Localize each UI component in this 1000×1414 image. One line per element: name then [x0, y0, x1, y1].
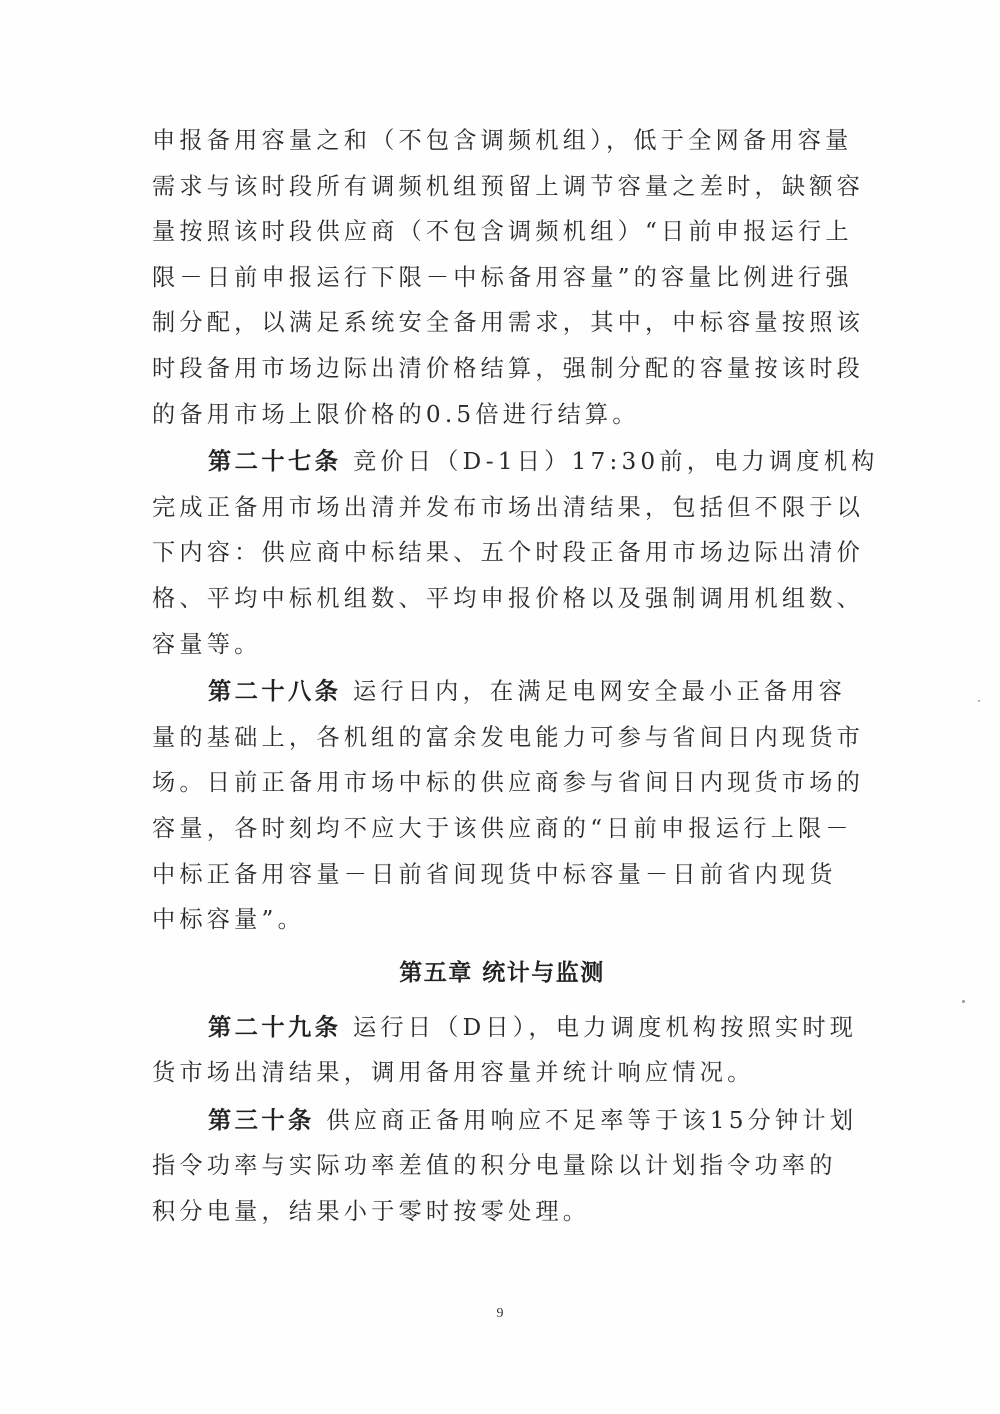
text-line: 指令功率与实际功率差值的积分电量除以计划指令功率的: [152, 1143, 852, 1189]
page-content: 申报备用容量之和（不包含调频机组），低于全网备用容量 需求与该时段所有调频机组预…: [152, 118, 852, 1235]
scan-speck: [978, 700, 980, 702]
text-line: 完成正备用市场出清并发布市场出清结果，包括但不限于以: [152, 485, 852, 531]
article-label: 第二十七条: [208, 448, 341, 475]
text-span: 竞价日（D-1日）17:30前，电力调度机构: [353, 448, 878, 475]
article-label: 第二十八条: [208, 678, 341, 705]
page-number: 9: [0, 1306, 1000, 1322]
text-span: 供应商正备用响应不足率等于该15分钟计划: [326, 1107, 857, 1134]
article-29: 第二十九条 运行日（D日），电力调度机构按照实时现 货市场出清结果，调用备用容量…: [152, 1005, 852, 1096]
text-line: 容量，各时刻均不应大于该供应商的“日前申报运行上限－: [152, 806, 852, 852]
text-line: 积分电量，结果小于零时按零处理。: [152, 1189, 852, 1235]
text-line: 场。日前正备用市场中标的供应商参与省间日内现货市场的: [152, 760, 852, 806]
text-line: 量按照该时段供应商（不包含调频机组）“日前申报运行上: [152, 209, 852, 255]
chapter-title: 第五章 统计与监测: [152, 947, 852, 999]
article-28: 第二十八条 运行日内，在满足电网安全最小正备用容 量的基础上，各机组的富余发电能…: [152, 669, 852, 943]
text-line: 制分配，以满足系统安全备用需求，其中，中标容量按照该: [152, 300, 852, 346]
text-line: 的备用市场上限价格的0.5倍进行结算。: [152, 392, 852, 438]
article-label: 第三十条: [208, 1107, 315, 1134]
article-first-line: 第二十八条 运行日内，在满足电网安全最小正备用容: [152, 669, 852, 715]
text-line: 货市场出清结果，调用备用容量并统计响应情况。: [152, 1050, 852, 1096]
text-line: 申报备用容量之和（不包含调频机组），低于全网备用容量: [152, 118, 852, 164]
text-line: 时段备用市场边际出清价格结算，强制分配的容量按该时段: [152, 346, 852, 392]
text-line: 下内容：供应商中标结果、五个时段正备用市场边际出清价: [152, 530, 852, 576]
article-27: 第二十七条 竞价日（D-1日）17:30前，电力调度机构 完成正备用市场出清并发…: [152, 439, 852, 667]
text-line: 容量等。: [152, 622, 852, 668]
text-line: 格、平均中标机组数、平均申报价格以及强制调用机组数、: [152, 576, 852, 622]
text-line: 中标正备用容量－日前省间现货中标容量－日前省内现货: [152, 852, 852, 898]
article-30: 第三十条 供应商正备用响应不足率等于该15分钟计划 指令功率与实际功率差值的积分…: [152, 1098, 852, 1235]
article-label: 第二十九条: [208, 1014, 341, 1041]
text-line: 量的基础上，各机组的富余发电能力可参与省间日内现货市: [152, 715, 852, 761]
scan-speck: [962, 1000, 965, 1003]
paragraph-continued: 申报备用容量之和（不包含调频机组），低于全网备用容量 需求与该时段所有调频机组预…: [152, 118, 852, 437]
document-page: 申报备用容量之和（不包含调频机组），低于全网备用容量 需求与该时段所有调频机组预…: [0, 0, 1000, 1414]
text-line: 限－日前申报运行下限－中标备用容量”的容量比例进行强: [152, 255, 852, 301]
article-first-line: 第二十七条 竞价日（D-1日）17:30前，电力调度机构: [152, 439, 852, 485]
article-first-line: 第二十九条 运行日（D日），电力调度机构按照实时现: [152, 1005, 852, 1051]
article-first-line: 第三十条 供应商正备用响应不足率等于该15分钟计划: [152, 1098, 852, 1144]
text-span: 运行日（D日），电力调度机构按照实时现: [353, 1014, 857, 1041]
text-span: 运行日内，在满足电网安全最小正备用容: [353, 678, 846, 705]
text-line: 需求与该时段所有调频机组预留上调节容量之差时，缺额容: [152, 164, 852, 210]
text-line: 中标容量”。: [152, 897, 852, 943]
